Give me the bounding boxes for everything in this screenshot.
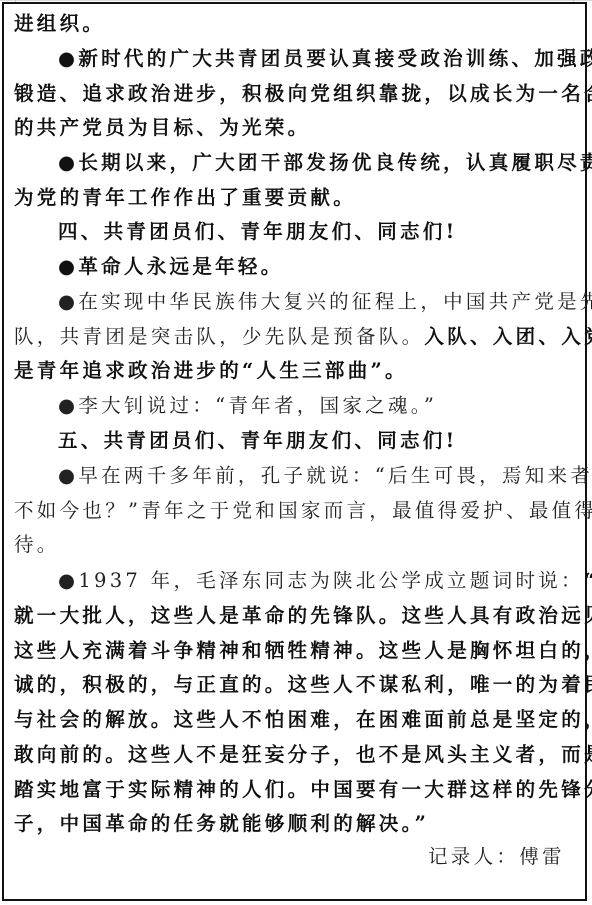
- paragraph-start-line: ●1937 年，毛泽东同志为陕北公学成立题词时说：“要造: [58, 564, 592, 598]
- paragraph-start-line: ●新时代的广大共青团员要认真接受政治训练、加强政治: [58, 42, 592, 76]
- text-segment: ●新时代的广大共青团员要认真接受政治训练、加强政治: [58, 47, 592, 70]
- text-segment: 待。: [14, 533, 60, 556]
- section-heading-five: 五、共青团员们、青年朋友们、同志们!: [58, 424, 457, 458]
- text-line: 待。: [14, 528, 60, 562]
- text-line: 的共产党员为目标、为光荣。: [14, 111, 310, 145]
- text-line: 诚的，积极的，与正直的。这些人不谋私利，唯一的为着民族: [14, 668, 592, 702]
- text-line: 与社会的解放。这些人不怕困难，在困难面前总是坚定的，勇: [14, 703, 592, 737]
- paragraph-start-line: ●早在两千多年前，孔子就说：“后生可畏，焉知来者之: [58, 459, 592, 493]
- text-line: 就一大批人，这些人是革命的先锋队。这些人具有政治远见。: [14, 599, 592, 633]
- document-text-box: 进组织。 ●新时代的广大共青团员要认真接受政治训练、加强政治 锻造、追求政治进步…: [2, 2, 587, 901]
- text-segment: 与社会的解放。这些人不怕困难，在困难面前总是坚定的，勇: [14, 708, 592, 731]
- text-segment: 敢向前的。这些人不是狂妄分子，也不是风头主义者，而是脚: [14, 743, 592, 766]
- heading-text: 四、共青团员们、青年朋友们、同志们!: [58, 220, 457, 243]
- text-segment: ●李大钊说过：“青年者，国家之魂。”: [58, 394, 437, 417]
- text-segment: 不如今也？”青年之于党和国家而言，最值得爱护、最值得期: [14, 499, 592, 522]
- text-line: 这些人充满着斗争精神和牺牲精神。这些人是胸怀坦白的，忠: [14, 634, 592, 668]
- text-segment: ●1937 年，毛泽东同志为陕北公学成立题词时说：: [58, 569, 584, 592]
- text-line: 是青年追求政治进步的“人生三部曲”。: [14, 354, 408, 388]
- text-segment: 踏实地富于实际精神的人们。中国要有一大群这样的先锋分: [14, 778, 592, 801]
- text-segment: 是青年追求政治进步的“人生三部曲”。: [14, 359, 408, 382]
- recorder-signature: 记录人：傅雷: [428, 840, 565, 874]
- text-line: 锻造、追求政治进步，积极向党组织靠拢，以成长为一名合格: [14, 77, 592, 111]
- text-segment: 子，中国革命的任务就能够顺利的解决。”: [14, 812, 429, 835]
- paragraph-start-line: ●李大钊说过：“青年者，国家之魂。”: [58, 389, 437, 423]
- text-segment: ●革命人永远是年轻。: [58, 255, 284, 278]
- text-segment: ●早在两千多年前，孔子就说：“后生可畏，焉知来者之: [58, 464, 592, 487]
- text-line: 为党的青年工作作出了重要贡献。: [14, 181, 356, 215]
- text-segment-bold: “要造: [584, 569, 592, 592]
- paragraph-start-line: ●在实现中华民族伟大复兴的征程上，中国共产党是先锋: [58, 285, 592, 319]
- text-segment: ●长期以来，广大团干部发扬优良传统，认真履职尽责，: [58, 151, 592, 174]
- text-segment: 就一大批人，这些人是革命的先锋队。这些人具有政治远见。: [14, 604, 592, 627]
- paragraph-start-line: ●长期以来，广大团干部发扬优良传统，认真履职尽责，: [58, 146, 592, 180]
- paragraph-start-line: ●革命人永远是年轻。: [58, 250, 284, 284]
- text-segment: 队，共青团是突击队，少先队是预备队。: [14, 325, 424, 348]
- heading-text: 五、共青团员们、青年朋友们、同志们!: [58, 429, 457, 452]
- text-segment: 进组织。: [14, 12, 105, 35]
- text-segment: 这些人充满着斗争精神和牺牲精神。这些人是胸怀坦白的，忠: [14, 639, 592, 662]
- page-top-edge: [0, 0, 592, 1]
- text-segment: 锻造、追求政治进步，积极向党组织靠拢，以成长为一名合格: [14, 82, 592, 105]
- text-segment: 诚的，积极的，与正直的。这些人不谋私利，唯一的为着民族: [14, 673, 592, 696]
- text-segment-bold: 入队、入团、入党，: [424, 325, 592, 348]
- text-line: 子，中国革命的任务就能够顺利的解决。”: [14, 807, 429, 841]
- section-heading-four: 四、共青团员们、青年朋友们、同志们!: [58, 215, 457, 249]
- text-segment: 的共产党员为目标、为光荣。: [14, 116, 310, 139]
- text-line: 踏实地富于实际精神的人们。中国要有一大群这样的先锋分: [14, 773, 592, 807]
- text-line: 队，共青团是突击队，少先队是预备队。入队、入团、入党，: [14, 320, 592, 354]
- text-line: 不如今也？”青年之于党和国家而言，最值得爱护、最值得期: [14, 494, 592, 528]
- text-line: 进组织。: [14, 7, 105, 41]
- text-segment: ●在实现中华民族伟大复兴的征程上，中国共产党是先锋: [58, 290, 592, 313]
- text-segment: 为党的青年工作作出了重要贡献。: [14, 186, 356, 209]
- text-line: 敢向前的。这些人不是狂妄分子，也不是风头主义者，而是脚: [14, 738, 592, 772]
